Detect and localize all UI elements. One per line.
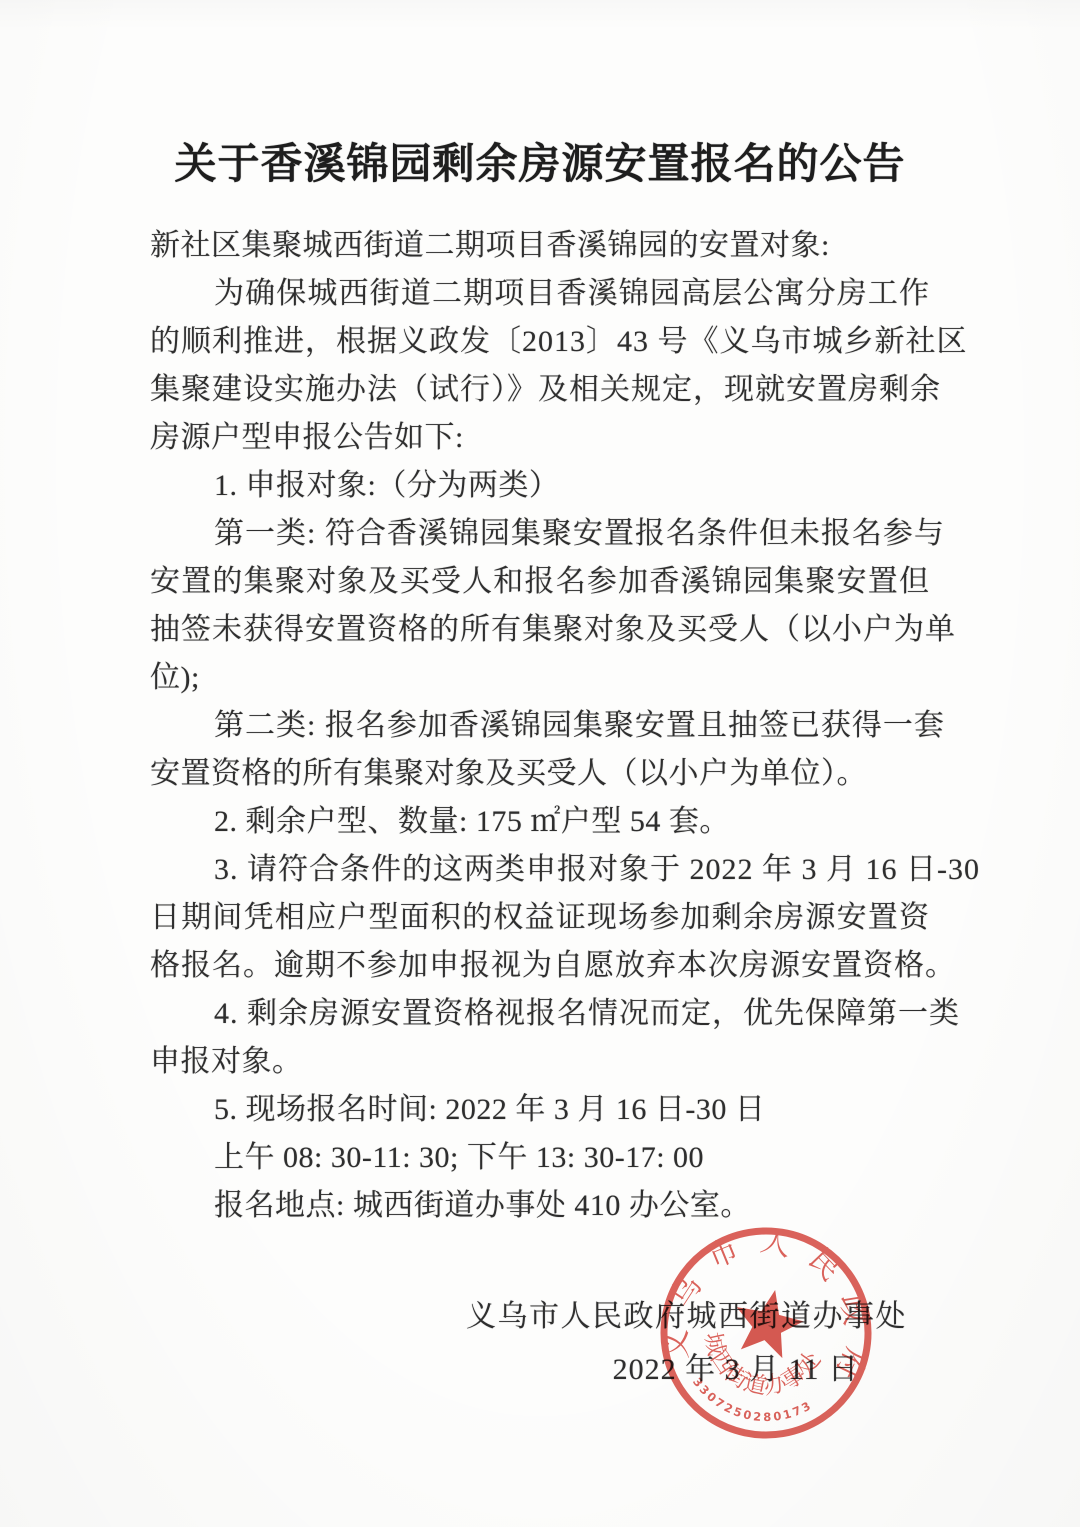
star-icon bbox=[728, 1283, 808, 1361]
official-seal: 义乌市人民政府 城西街道办事处 3307250280173 bbox=[648, 1215, 884, 1451]
body-line: 位); bbox=[150, 654, 930, 702]
body-line: 上午 08: 30-11: 30; 下午 13: 30-17: 00 bbox=[150, 1134, 930, 1182]
body-line: 3. 请符合条件的这两类申报对象于 2022 年 3 月 16 日-30 bbox=[150, 846, 930, 894]
body-line: 1. 申报对象:（分为两类） bbox=[150, 462, 930, 510]
document-body: 新社区集聚城西街道二期项目香溪锦园的安置对象: 为确保城西街道二期项目香溪锦园高… bbox=[150, 222, 930, 1230]
body-line: 第二类: 报名参加香溪锦园集聚安置且抽签已获得一套 bbox=[150, 702, 930, 750]
body-line: 新社区集聚城西街道二期项目香溪锦园的安置对象: bbox=[150, 222, 930, 270]
body-line: 房源户型申报公告如下: bbox=[150, 414, 930, 462]
body-line: 申报对象。 bbox=[150, 1038, 930, 1086]
body-line: 抽签未获得安置资格的所有集聚对象及买受人（以小户为单 bbox=[150, 606, 930, 654]
body-line: 安置的集聚对象及买受人和报名参加香溪锦园集聚安置但 bbox=[150, 558, 930, 606]
announcement-page: 关于香溪锦园剩余房源安置报名的公告 新社区集聚城西街道二期项目香溪锦园的安置对象… bbox=[0, 0, 1080, 1527]
body-line: 4. 剩余房源安置资格视报名情况而定，优先保障第一类 bbox=[150, 990, 930, 1038]
body-line: 2. 剩余户型、数量: 175 ㎡户型 54 套。 bbox=[150, 798, 930, 846]
body-line: 安置资格的所有集聚对象及买受人（以小户为单位）。 bbox=[150, 750, 930, 798]
body-line: 为确保城西街道二期项目香溪锦园高层公寓分房工作 bbox=[150, 270, 930, 318]
page-title: 关于香溪锦园剩余房源安置报名的公告 bbox=[150, 136, 930, 194]
body-line: 格报名。逾期不参加申报视为自愿放弃本次房源安置资格。 bbox=[150, 942, 930, 990]
body-line: 集聚建设实施办法（试行）》及相关规定，现就安置房剩余 bbox=[150, 366, 930, 414]
body-line: 5. 现场报名时间: 2022 年 3 月 16 日-30 日 bbox=[150, 1086, 930, 1134]
body-line: 的顺利推进，根据义政发〔2013〕43 号《义乌市城乡新社区 bbox=[150, 318, 930, 366]
body-line: 第一类: 符合香溪锦园集聚安置报名条件但未报名参与 bbox=[150, 510, 930, 558]
body-line: 日期间凭相应户型面积的权益证现场参加剩余房源安置资 bbox=[150, 894, 930, 942]
